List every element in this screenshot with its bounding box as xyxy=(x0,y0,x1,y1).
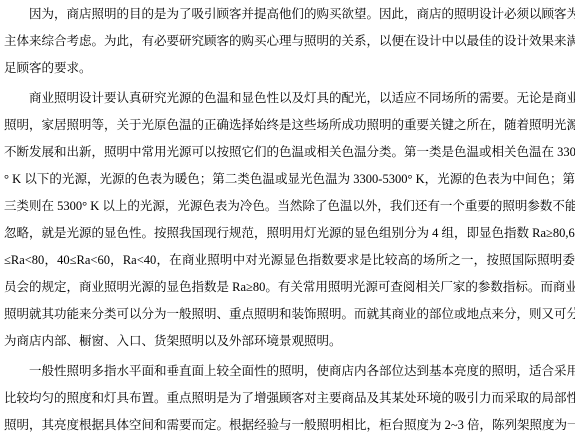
paragraph: 一般性照明多指水平面和垂直面上较全面性的照明，使商店内各部位达到基本亮度的照明，… xyxy=(4,358,575,435)
text-line: 足顾客的要求。 xyxy=(4,55,575,82)
text-line: 忽略，就是光源的显色性。按照我国现行规范，照明用灯光源的显色组别分为 4 组，即… xyxy=(4,220,575,247)
text-line: 照明，家居照明等，关于光原色温的正确选择始终是这些场所成功照明的重要关键之所在，… xyxy=(4,112,575,139)
text-line: 三类则在 5300° K 以上的光源，光源色表为冷色。当然除了色温以外，我们还有… xyxy=(4,193,575,220)
text-line: 一般性照明多指水平面和垂直面上较全面性的照明，使商店内各部位达到基本亮度的照明，… xyxy=(4,358,575,385)
paragraph: 因为，商店照明的目的是为了吸引顾客并提高他们的购买欲望。因此，商店的照明设计必须… xyxy=(4,1,575,82)
text-line: ° K 以下的光源，光源的色表为暖色；第二类色温或显光色温为 3300-5300… xyxy=(4,166,575,193)
text-line: 不断发展和出新，照明中常用光源可以按照它们的色温或相关色温分类。第一类是色温或相… xyxy=(4,139,575,166)
text-line: 因为，商店照明的目的是为了吸引顾客并提高他们的购买欲望。因此，商店的照明设计必须… xyxy=(4,1,575,28)
text-line: 员会的规定，商业照明光源的显色指数是 Ra≥80。有关常用照明光源可查阅相关厂家… xyxy=(4,274,575,301)
document-page: 因为，商店照明的目的是为了吸引顾客并提高他们的购买欲望。因此，商店的照明设计必须… xyxy=(0,0,580,435)
text-line: 照明，其亮度根据具体空间和需要而定。根据经验与一般照明相比，柜台照度为 2~3 … xyxy=(4,412,575,435)
text-line: 商业照明设计要认真研究光源的色温和显色性以及灯具的配光，以适应不同场所的需要。无… xyxy=(4,85,575,112)
text-line: 主体来综合考虑。为此，有必要研究顾客的购买心理与照明的关系，以便在设计中以最佳的… xyxy=(4,28,575,55)
document-body: 因为，商店照明的目的是为了吸引顾客并提高他们的购买欲望。因此，商店的照明设计必须… xyxy=(4,1,575,435)
text-line: ≤Ra<80，40≤Ra<60，Ra<40，在商业照明中对光源显色指数要求是比较… xyxy=(4,247,575,274)
text-line: 为商店内部、橱窗、入口、货架照明以及外部环境景观照明。 xyxy=(4,328,575,355)
paragraph: 商业照明设计要认真研究光源的色温和显色性以及灯具的配光，以适应不同场所的需要。无… xyxy=(4,85,575,355)
text-line: 照明就其功能来分类可以分为一般照明、重点照明和装饰照明。而就其商业的部位或地点来… xyxy=(4,301,575,328)
text-line: 比较均匀的照度和灯具布置。重点照明是为了增强顾客对主要商品及其某处环境的吸引力而… xyxy=(4,385,575,412)
